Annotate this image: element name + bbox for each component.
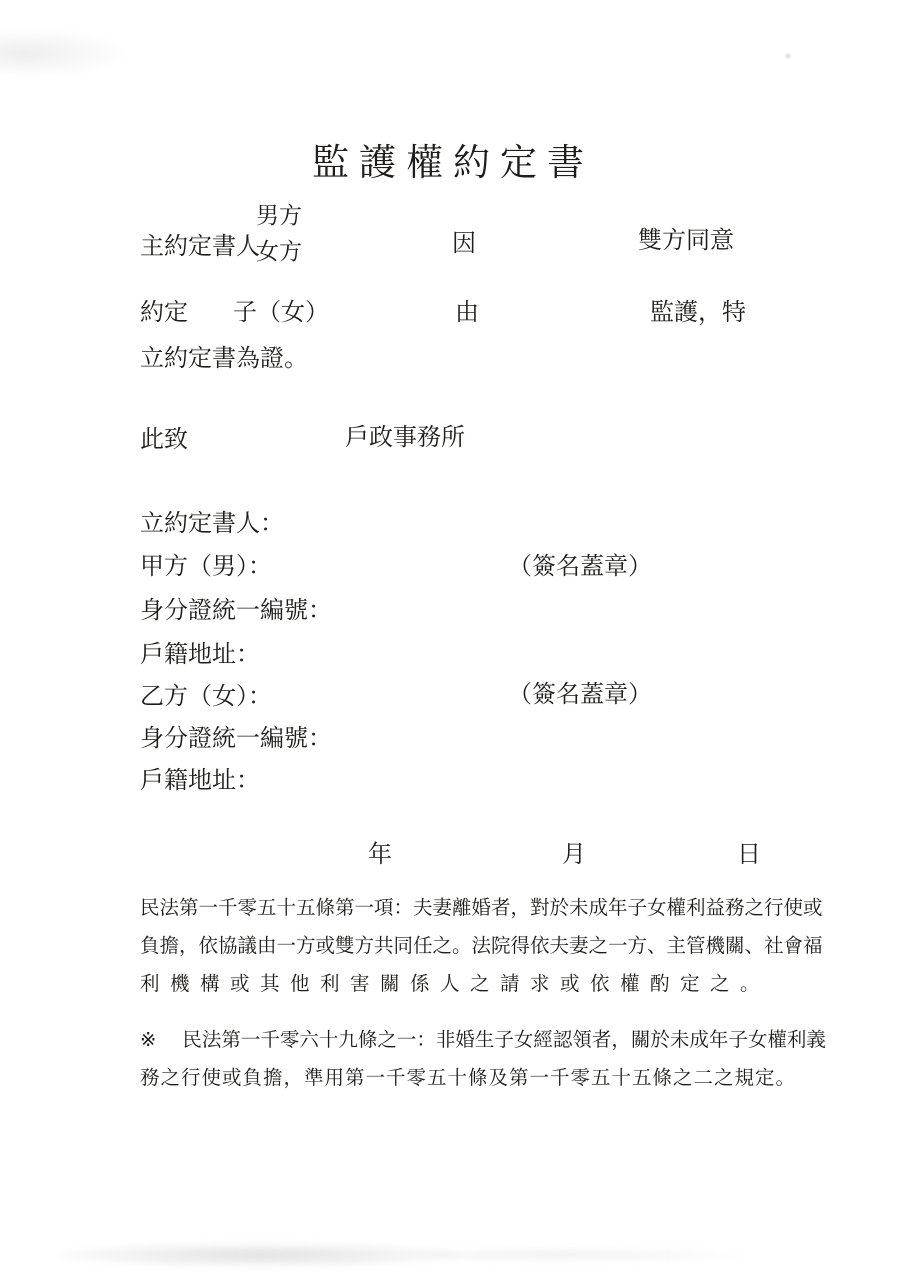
female-party-option: 女方 (256, 233, 302, 266)
party-b-label: 乙方（女）： (140, 676, 272, 711)
child-label: 子（女） (233, 292, 329, 327)
closing-statement: 立約定書為證。 (140, 338, 308, 373)
legal-note-2-marker: ※ (140, 1030, 156, 1051)
party-b-id-number-label: 身分證統一編號： (140, 718, 332, 753)
date-month-label: 月 (562, 834, 586, 869)
party-b-address-label: 戶籍地址： (140, 760, 260, 795)
male-party-option: 男方 (256, 197, 302, 230)
scan-noise-top-left (0, 28, 130, 78)
legal-note-2-line-1: 民法第一千零六十九條之一：非婚生子女經認領者，關於未成年子女權利義 (182, 1030, 826, 1051)
by-label: 由 (455, 292, 479, 327)
mutual-consent-label: 雙方同意 (638, 220, 734, 255)
submission-to-label: 此致 (140, 419, 188, 454)
party-a-id-number-label: 身分證統一編號： (140, 590, 332, 625)
legal-note-1-line-1: 民法第一千零五十五條第一項：夫妻離婚者，對於未成年子女權利益務之行使或 (140, 890, 780, 928)
date-day-label: 日 (737, 834, 761, 869)
signatories-header: 立約定書人： (140, 503, 284, 538)
custody-suffix-label: 監護，特 (650, 292, 746, 327)
scan-noise-bottom-smudge-right (420, 1248, 750, 1262)
party-a-address-label: 戶籍地址： (140, 634, 260, 669)
party-a-sign-seal-note: （簽名蓋章） (508, 546, 652, 581)
scanned-document-page: 監護權約定書 男方 主約定書人 女方 因 雙方同意 約定 子（女） 由 監護，特… (0, 0, 906, 1280)
date-year-label: 年 (368, 834, 392, 869)
legal-note-2-line-2: 務之行使或負擔，準用第一千零五十條及第一千零五十五條之二之規定。 (140, 1060, 780, 1098)
document-title: 監護權約定書 (0, 132, 906, 186)
legal-note-1-line-2: 負擔，依協議由一方或雙方共同任之。法院得依夫妻之一方、主管機關、社會福 (140, 928, 780, 966)
household-office-label: 戶政事務所 (345, 417, 465, 452)
agree-label: 約定 (140, 292, 188, 327)
scan-noise-speck (784, 52, 792, 60)
party-prefix-label: 主約定書人 (140, 226, 260, 261)
legal-note-civil-code-1055: 民法第一千零五十五條第一項：夫妻離婚者，對於未成年子女權利益務之行使或 負擔，依… (140, 890, 780, 1004)
cause-label: 因 (452, 223, 476, 258)
legal-note-1-line-3: 利機構或其他利害關係人之請求或依權酌定之。 (140, 966, 780, 1004)
party-a-label: 甲方（男）： (140, 546, 272, 581)
scan-noise-bottom-smudge (60, 1243, 460, 1267)
legal-note-civil-code-1069: ※民法第一千零六十九條之一：非婚生子女經認領者，關於未成年子女權利義 務之行使或… (140, 1022, 780, 1098)
party-b-sign-seal-note: （簽名蓋章） (508, 674, 652, 709)
